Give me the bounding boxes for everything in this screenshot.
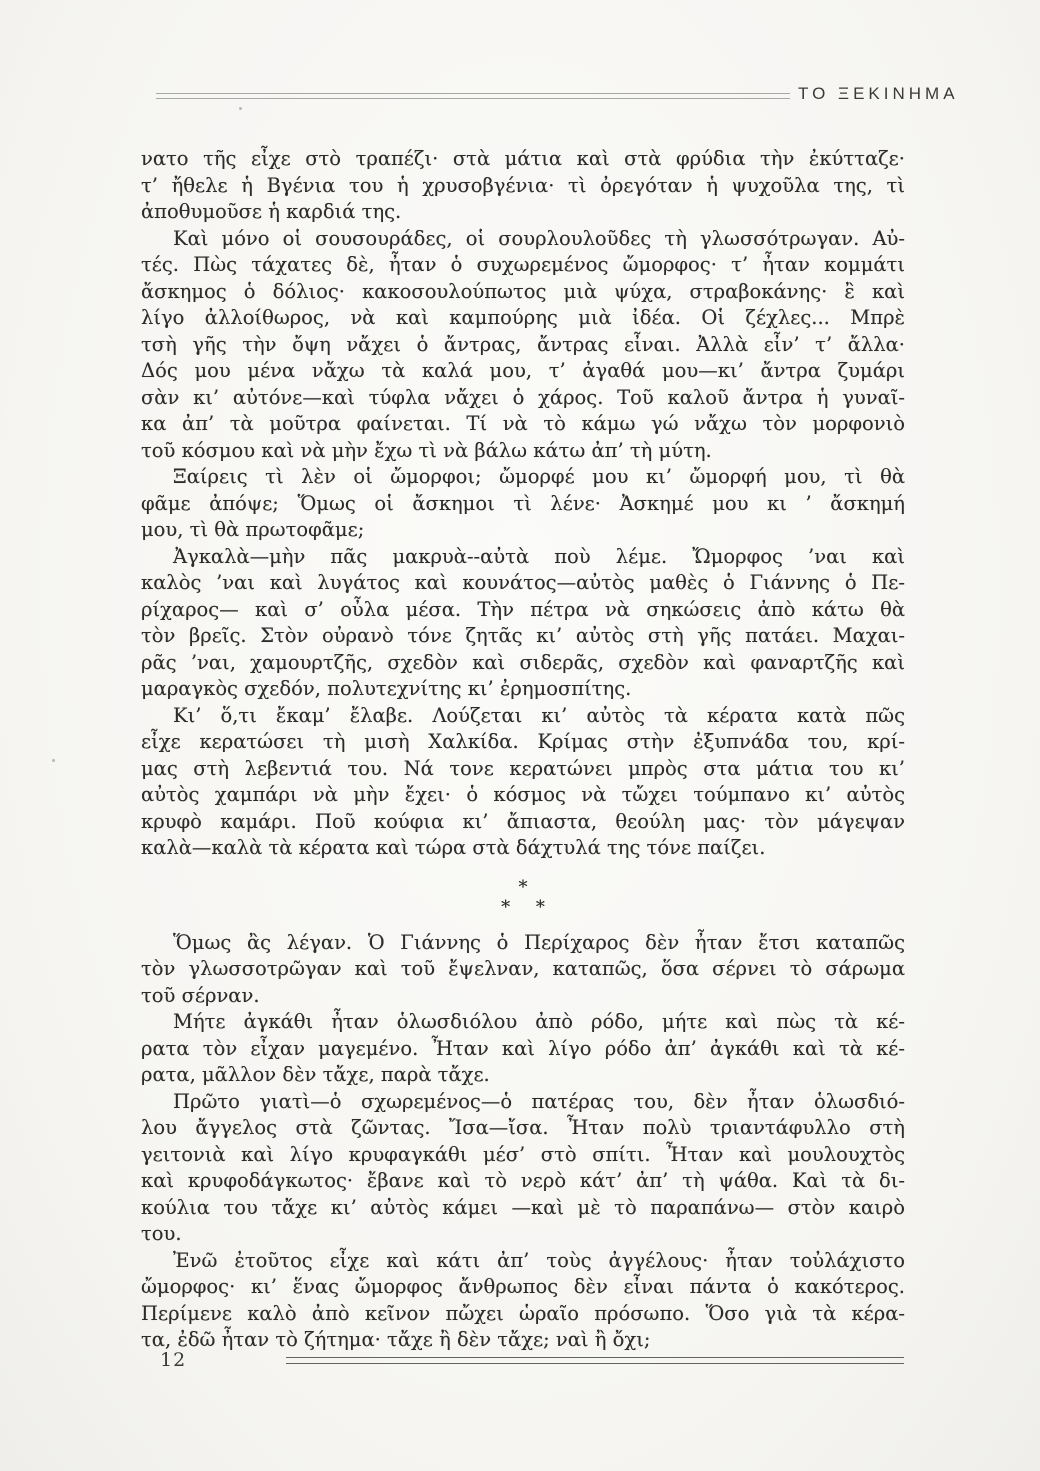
text-line: Δός μου μένα νἄχω τὰ καλά μου, τ’ ἀγαθά … <box>141 358 905 385</box>
running-head-title: ΤΟ ΞΕΚΙΝΗΜΑ <box>798 84 959 104</box>
text-line: καὶ κρυφοδάγκωτος· ἔβανε καὶ τὸ νερὸ κάτ… <box>141 1168 905 1195</box>
text-line: λου ἄγγελος στὰ ζῶντας. Ἴσα—ἴσα. Ἦταν πο… <box>141 1115 905 1142</box>
text-line: φᾶμε ἀπόψε; Ὅμως οἱ ἄσκημοι τὶ λένε· Ἀσκ… <box>141 491 905 518</box>
text-line: ρᾶς ’ναι, χαμουρτζῆς, σχεδὸν καὶ σιδερᾶς… <box>141 650 905 677</box>
text-line: Μήτε ἀγκάθι ἦταν ὁλωσδιόλου ἀπὸ ρόδο, μή… <box>141 1009 905 1036</box>
text-line: Καὶ μόνο οἱ σουσουράδες, οἱ σουρλουλοῦδε… <box>141 226 905 253</box>
text-line: Ἀγκαλὰ—μὴν πᾶς μακρυὰ--αὐτὰ ποὺ λέμε. Ὤμ… <box>141 544 905 571</box>
text-line: ὤμορφος· κι’ ἕνας ὤμορφος ἄνθρωπος δὲν ε… <box>141 1274 905 1301</box>
text-line: μου, τὶ θὰ πρωτοφᾶμε; <box>141 517 905 544</box>
text-line: καλὰ—καλὰ τὰ κέρατα καὶ τώρα στὰ δάχτυλά… <box>141 835 905 862</box>
text-line: ρατα τὸν εἶχαν μαγεμένο. Ἦταν καὶ λίγο ρ… <box>141 1036 905 1063</box>
text-line: λίγο ἀλλοίθωρος, νὰ καὶ καμπούρης μιὰ ἰδ… <box>141 305 905 332</box>
section-separator: ** * <box>141 878 905 918</box>
text-line: τοῦ σέρναν. <box>141 983 905 1010</box>
text-line: του. <box>141 1221 905 1248</box>
text-line: κούλια του τἄχε κι’ αὐτὸς κάμει —καὶ μὲ … <box>141 1195 905 1222</box>
text-line: κα ἀπ’ τὰ μοῦτρα φαίνεται. Τί νὰ τὸ κάμω… <box>141 411 905 438</box>
text-line: τὸν βρεῖς. Στὸν οὐρανὸ τόνε ζητᾶς κι’ αὐ… <box>141 623 905 650</box>
text-line: μαραγκὸς σχεδόν, πολυτεχνίτης κι’ ἐρημοσ… <box>141 676 905 703</box>
text-line: τσὴ γῆς τὴν ὄψη νἄχει ὁ ἄντρας, ἄντρας ε… <box>141 332 905 359</box>
text-line: τὸν γλωσσοτρῶγαν καὶ τοῦ ἔψελναν, καταπῶ… <box>141 956 905 983</box>
paragraph: Ἀγκαλὰ—μὴν πᾶς μακρυὰ--αὐτὰ ποὺ λέμε. Ὤμ… <box>141 544 905 703</box>
text-line: τ’ ἤθελε ἡ Βγένια του ἡ χρυσοβγένια· τὶ … <box>141 173 905 200</box>
asterisk-bottom: * * <box>141 898 905 918</box>
scanned-book-page: ΤΟ ΞΕΚΙΝΗΜΑ νατο τῆς εἶχε στὸ τραπέζι· σ… <box>0 0 1040 1471</box>
text-line: νατο τῆς εἶχε στὸ τραπέζι· στὰ μάτια καὶ… <box>141 146 905 173</box>
text-line: ἀποθυμοῦσε ἡ καρδιά της. <box>141 199 905 226</box>
text-line: σὰν κι’ αὐτόνε—καὶ τύφλα νἄχει ὁ χάρος. … <box>141 385 905 412</box>
asterisk-top: * <box>141 878 905 898</box>
text-line: Ὅμως ἂς λέγαν. Ὁ Γιάννης ὁ Περίχαρος δὲν… <box>141 930 905 957</box>
text-line: μας στὴ λεβεντιά του. Νά τονε κερατώνει … <box>141 756 905 783</box>
text-line: τές. Πὼς τάχατες δὲ, ἦταν ὁ συχωρεμένος … <box>141 252 905 279</box>
paragraph: Ὅμως ἂς λέγαν. Ὁ Γιάννης ὁ Περίχαρος δὲν… <box>141 930 905 1010</box>
text-line: ρίχαρος— καὶ σ’ οὖλα μέσα. Τὴν πέτρα νὰ … <box>141 597 905 624</box>
text-line: Κι’ ὅ,τι ἔκαμ’ ἔλαβε. Λούζεται κι’ αὐτὸς… <box>141 703 905 730</box>
text-line: Περίμενε καλὸ ἀπὸ κεῖνον πὤχει ὡραῖο πρό… <box>141 1301 905 1328</box>
text-line: Ἐνῶ ἐτοῦτος εἶχε καὶ κάτι ἀπ’ τοὺς ἀγγέλ… <box>141 1248 905 1275</box>
text-line: Ξαίρεις τὶ λὲν οἱ ὤμορφοι; ὤμορφέ μου κι… <box>141 464 905 491</box>
text-line: κρυφὸ καμάρι. Ποῦ κούφια κι’ ἄπιαστα, θε… <box>141 809 905 836</box>
paragraph: νατο τῆς εἶχε στὸ τραπέζι· στὰ μάτια καὶ… <box>141 146 905 226</box>
scan-speck <box>239 107 242 110</box>
paragraph: Πρῶτο γιατὶ—ὁ σχωρεμένος—ὁ πατέρας του, … <box>141 1089 905 1248</box>
text-line: Πρῶτο γιατὶ—ὁ σχωρεμένος—ὁ πατέρας του, … <box>141 1089 905 1116</box>
header-rule <box>156 93 790 99</box>
text-line: ρατα, μᾶλλον δὲν τἄχε, παρὰ τἄχε. <box>141 1062 905 1089</box>
text-line: αὐτὸς χαμπάρι νὰ μὴν ἔχει· ὁ κόσμος νὰ τ… <box>141 782 905 809</box>
scan-speck <box>52 759 55 762</box>
text-line: τα, ἐδῶ ἦταν τὸ ζήτημα· τἄχε ἢ δὲν τἄχε;… <box>141 1327 905 1354</box>
footer-page-number: 12 <box>160 1349 186 1371</box>
text-line: εἶχε κερατώσει τὴ μισὴ Χαλκίδα. Κρίμας σ… <box>141 729 905 756</box>
text-line: γειτονιὰ καὶ λίγο κρυφαγκάθι μέσ’ στὸ σπ… <box>141 1142 905 1169</box>
text-line: τοῦ κόσμου καὶ νὰ μὴν ἔχω τὶ νὰ βάλω κάτ… <box>141 438 905 465</box>
text-block: νατο τῆς εἶχε στὸ τραπέζι· στὰ μάτια καὶ… <box>141 146 905 1354</box>
paragraph: Ἐνῶ ἐτοῦτος εἶχε καὶ κάτι ἀπ’ τοὺς ἀγγέλ… <box>141 1248 905 1354</box>
text-line: ἄσκημος ὁ δόλιος· κακοσουλούπωτος μιὰ ψύ… <box>141 279 905 306</box>
paragraph: Καὶ μόνο οἱ σουσουράδες, οἱ σουρλουλοῦδε… <box>141 226 905 465</box>
paragraph: Μήτε ἀγκάθι ἦταν ὁλωσδιόλου ἀπὸ ρόδο, μή… <box>141 1009 905 1089</box>
text-line: καλὸς ’ναι καὶ λυγάτος καὶ κουνάτος—αὐτὸ… <box>141 570 905 597</box>
paragraph: Ξαίρεις τὶ λὲν οἱ ὤμορφοι; ὤμορφέ μου κι… <box>141 464 905 544</box>
footer-rule <box>286 1357 904 1364</box>
paragraph: Κι’ ὅ,τι ἔκαμ’ ἔλαβε. Λούζεται κι’ αὐτὸς… <box>141 703 905 862</box>
